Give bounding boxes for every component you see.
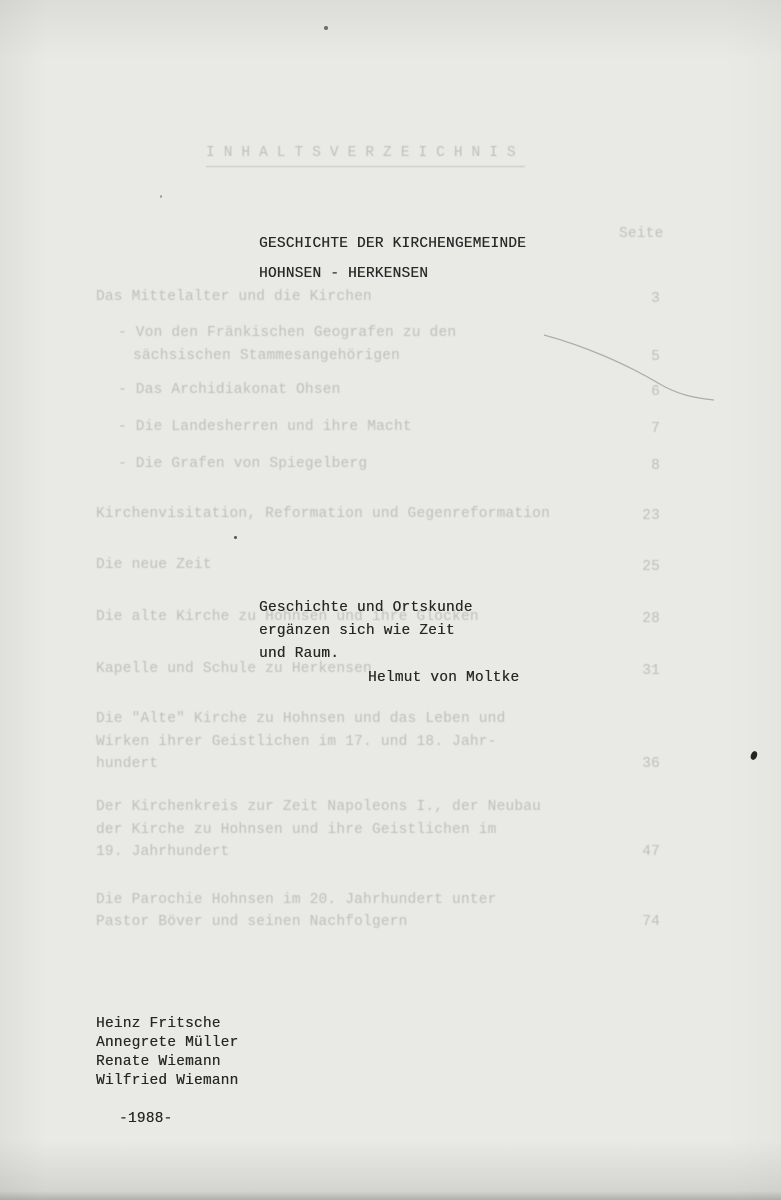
author-name: Renate Wiemann [96,1055,221,1070]
ghost-seite-column-header: Seite [619,227,664,242]
ink-speck-artifact [749,750,758,761]
document-title-line-2: HOHNSEN - HERKENSEN [259,267,428,282]
dust-speck-artifact [234,536,237,539]
quote-attribution: Helmut von Moltke [368,671,519,686]
ghost-toc-page-number: 31 [626,664,660,679]
ghost-toc-page-number: 47 [626,845,660,860]
ghost-toc-line: Kapelle und Schule zu Herkensen [96,662,372,677]
dust-speck-artifact [160,195,162,198]
ghost-toc-line: Pastor Böver und seinen Nachfolgern [96,915,408,930]
scan-bottom-edge [0,1191,781,1200]
ghost-toc-line: Die Parochie Hohnsen im 20. Jahrhundert … [96,893,497,908]
ghost-toc-page-number: 36 [626,757,660,772]
author-name: Heinz Fritsche [96,1017,221,1032]
ghost-toc-page-number: 28 [626,612,660,627]
ghost-toc-page-number: 5 [626,350,660,365]
ghost-toc-line: - Das Archidiakonat Ohsen [118,383,341,398]
ghost-toc-page-number: 74 [626,915,660,930]
ghost-toc-page-number: 7 [626,422,660,437]
document-title-line-1: GESCHICHTE DER KIRCHENGEMEINDE [259,237,526,252]
ghost-toc-line: - Die Grafen von Spiegelberg [118,457,367,472]
ghost-toc-line: hundert [96,757,158,772]
ghost-toc-page-number: 6 [626,385,660,400]
ghost-toc-page-number: 8 [626,459,660,474]
dust-speck-artifact [324,26,328,30]
ghost-toc-line: Der Kirchenkreis zur Zeit Napoleons I., … [96,800,541,815]
ghost-toc-line: - Von den Fränkischen Geografen zu den [118,326,456,341]
quote-line: Geschichte und Ortskunde [259,601,473,616]
publication-year: -1988- [119,1112,172,1127]
ghost-toc-line: Die neue Zeit [96,558,212,573]
ghost-toc-page-number: 25 [626,560,660,575]
ghost-toc-line: Wirken ihrer Geistlichen im 17. und 18. … [96,735,497,750]
quote-line: ergänzen sich wie Zeit [259,624,455,639]
author-name: Annegrete Müller [96,1036,238,1051]
ghost-toc-line: Die "Alte" Kirche zu Hohnsen und das Leb… [96,712,505,727]
ghost-toc-line: sächsischen Stammesangehörigen [133,349,400,364]
scanned-title-page: INHALTSVERZEICHNIS Seite Das Mittelalter… [0,0,781,1200]
ghost-toc-line: Das Mittelalter und die Kirchen [96,290,372,305]
author-name: Wilfried Wiemann [96,1074,238,1089]
ghost-toc-line: 19. Jahrhundert [96,845,230,860]
ghost-toc-page-number: 3 [626,292,660,307]
ghost-contents-heading: INHALTSVERZEICHNIS [206,146,525,167]
ghost-toc-page-number: 23 [626,509,660,524]
quote-line: und Raum. [259,647,339,662]
ghost-toc-line: - Die Landesherren und ihre Macht [118,420,412,435]
ghost-toc-line: Kirchenvisitation, Reformation und Gegen… [96,507,550,522]
ghost-toc-line: der Kirche zu Hohnsen und ihre Geistlich… [96,823,497,838]
